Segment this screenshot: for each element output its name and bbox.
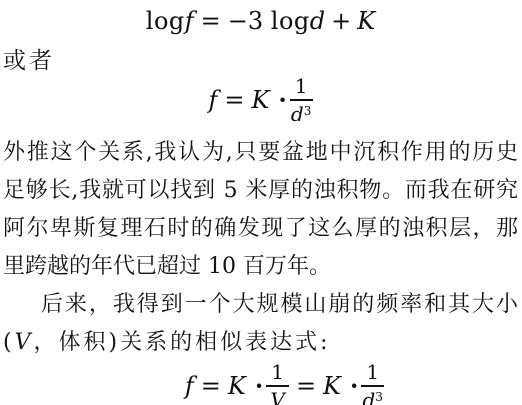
formula-frequency-diameter: f=K·1d3: [3, 77, 518, 126]
coefficient-minus-3: −3: [228, 7, 263, 35]
variable-V: V: [15, 330, 34, 355]
equals-sign: =: [296, 372, 316, 400]
exponent-3: 3: [304, 104, 312, 118]
fraction-1-over-d3: 1d3: [361, 361, 384, 405]
paragraph-line: 里跨越的年代已超过 10 百万年。: [3, 248, 518, 286]
equals-sign: =: [224, 86, 244, 114]
fraction-denominator: d3: [362, 387, 382, 405]
fraction-numerator: 1: [361, 361, 384, 387]
paragraph-line: 足够长,我就可以找到 5 米厚的浊积物。而我在研究: [3, 172, 518, 210]
plus-sign: +: [331, 7, 351, 35]
log-function-2: log: [271, 7, 310, 35]
formula-log-relation: logf=−3 logd+K: [3, 0, 518, 35]
connector-text: 或者: [3, 47, 518, 75]
paragraph-line-rest: ，体积)关系的相似表达式:: [33, 330, 330, 355]
constant-K: K: [323, 372, 341, 400]
variable-d: d: [310, 7, 325, 35]
variable-d: d: [362, 388, 375, 405]
paragraph-line: 阿尔卑斯复理石时的确发现了这么厚的浊积层，那: [3, 210, 518, 248]
log-function-1: log: [146, 7, 185, 35]
equals-sign: =: [201, 7, 221, 35]
variable-f: f: [208, 86, 217, 114]
exponent-3: 3: [375, 390, 383, 404]
paragraph-line: (V，体积)关系的相似表达式:: [3, 324, 518, 362]
formula-frequency-volume: f=K·1V=K·1d3: [3, 363, 518, 405]
variable-f: f: [185, 372, 194, 400]
paragraph-line: 外推这个关系,我认为,只要盆地中沉积作用的历史: [3, 134, 518, 172]
variable-f: f: [185, 7, 194, 35]
open-paren: (: [3, 330, 15, 355]
paragraph-landslide: 后来，我得到一个大规模山崩的频率和其大小 (V，体积)关系的相似表达式:: [3, 286, 518, 362]
fraction-1-over-V: 1V: [266, 361, 289, 405]
equals-sign: =: [201, 372, 221, 400]
fraction-numerator: 1: [266, 361, 289, 387]
multiplication-dot-icon: ·: [278, 86, 286, 114]
fraction-denominator: d3: [291, 101, 311, 124]
multiplication-dot-icon: ·: [350, 372, 358, 400]
paragraph-line: 后来，我得到一个大规模山崩的频率和其大小: [3, 286, 518, 324]
fraction-1-over-d3: 1d3: [290, 75, 313, 124]
variable-V: V: [270, 387, 284, 405]
book-page: logf=−3 logd+K 或者 f=K·1d3 外推这个关系,我认为,只要盆…: [0, 0, 522, 405]
variable-d: d: [291, 102, 304, 126]
constant-K: K: [357, 7, 375, 35]
constant-K: K: [251, 86, 269, 114]
constant-K: K: [228, 372, 246, 400]
multiplication-dot-icon: ·: [255, 372, 263, 400]
paragraph-extrapolation: 外推这个关系,我认为,只要盆地中沉积作用的历史 足够长,我就可以找到 5 米厚的…: [3, 134, 518, 286]
fraction-numerator: 1: [290, 75, 313, 101]
